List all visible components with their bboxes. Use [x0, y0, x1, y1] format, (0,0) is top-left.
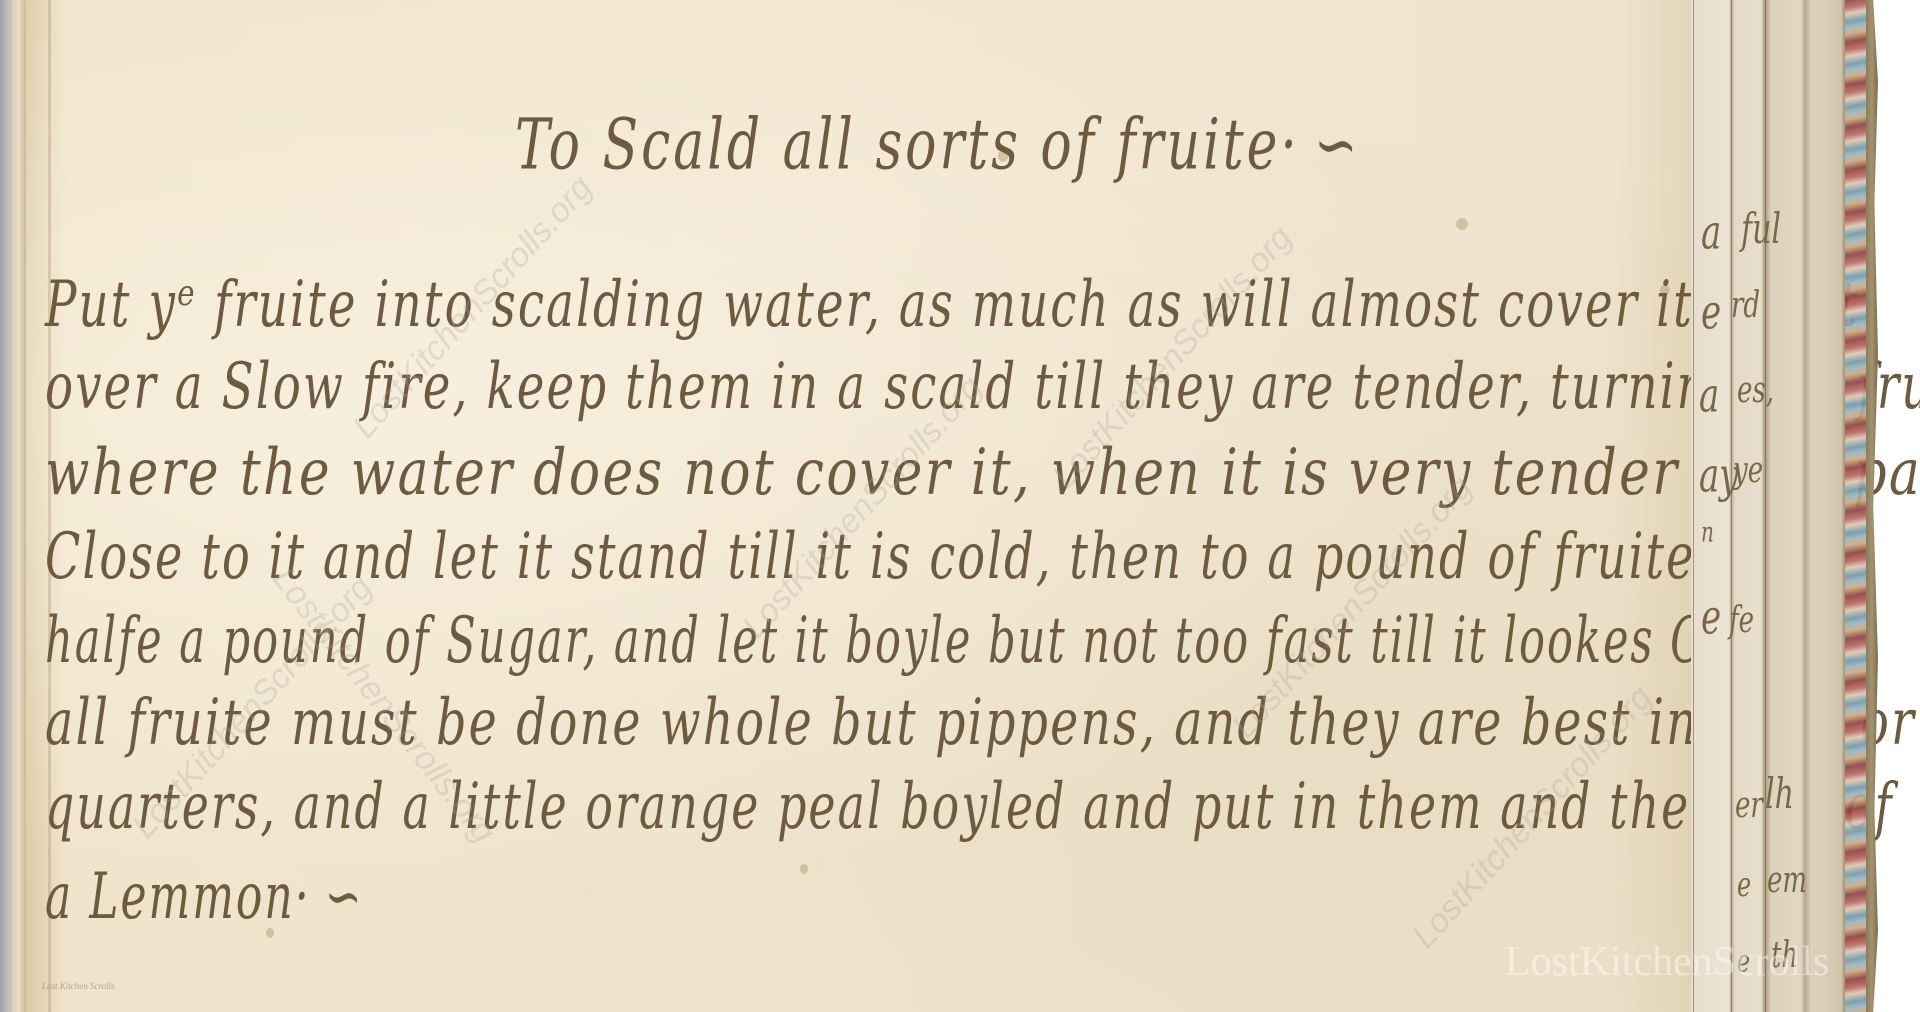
- margin-fragment: er: [1735, 785, 1763, 827]
- margin-fragment: es,: [1737, 370, 1774, 412]
- page-edge-line: [1765, 0, 1766, 1012]
- page-edge-line: [1693, 0, 1694, 1012]
- margin-fragment: e: [1737, 865, 1751, 904]
- recipe-line-8-text: a Lemmon·: [45, 860, 311, 934]
- margin-fragment: a: [1699, 368, 1719, 424]
- recipe-title: To Scald all sorts of fruite·∽: [515, 105, 1275, 186]
- margin-fragment: ye: [1733, 450, 1763, 492]
- recipe-line-1: Put yᵉ fruite into scalding water, as mu…: [45, 268, 1859, 342]
- recipe-line-5: halfe a pound of Sugar, and let it boyle…: [45, 604, 1810, 678]
- title-flourish-icon: ∽: [1314, 105, 1361, 186]
- manuscript-text: To Scald all sorts of fruite·∽ Put yᵉ fr…: [45, 0, 1685, 1012]
- margin-fragment: fe: [1729, 600, 1754, 642]
- recipe-line-4: Close to it and let it stand till it is …: [45, 520, 1797, 594]
- margin-fragment: lh: [1765, 770, 1794, 819]
- recipe-line-7: quarters, and a little orange peal boyle…: [45, 770, 1894, 844]
- page-stack: a e a ay n e er e e ful rd es, ye fe lh …: [1691, 0, 1845, 1012]
- recipe-line-2: over a Slow fire, keep them in a scald t…: [45, 350, 1920, 424]
- margin-fragment: n: [1701, 515, 1714, 549]
- left-page-edge: [12, 0, 26, 1012]
- margin-fragment: e: [1701, 285, 1721, 341]
- margin-fragment: em: [1767, 860, 1807, 902]
- margin-fragment: ful: [1741, 205, 1781, 254]
- margin-fragment: a: [1701, 205, 1721, 261]
- page-edge-line: [1731, 0, 1732, 1012]
- collection-stamp: Lost Kitchen Scrolls: [42, 981, 115, 991]
- end-flourish-icon: ∽: [325, 860, 364, 934]
- margin-fragment: rd: [1731, 285, 1760, 327]
- watermark-bottom: LostKitchenScrolls: [1505, 938, 1829, 986]
- recipe-line-3: where the water does not cover it, when …: [45, 436, 1920, 510]
- margin-fragment: e: [1701, 590, 1721, 646]
- recipe-line-6: all fruite must be done whole but pippen…: [45, 686, 1916, 760]
- recipe-line-8: a Lemmon·∽: [45, 860, 364, 934]
- recipe-title-text: To Scald all sorts of fruite·: [515, 105, 1300, 186]
- left-binding-edge: [0, 0, 12, 1012]
